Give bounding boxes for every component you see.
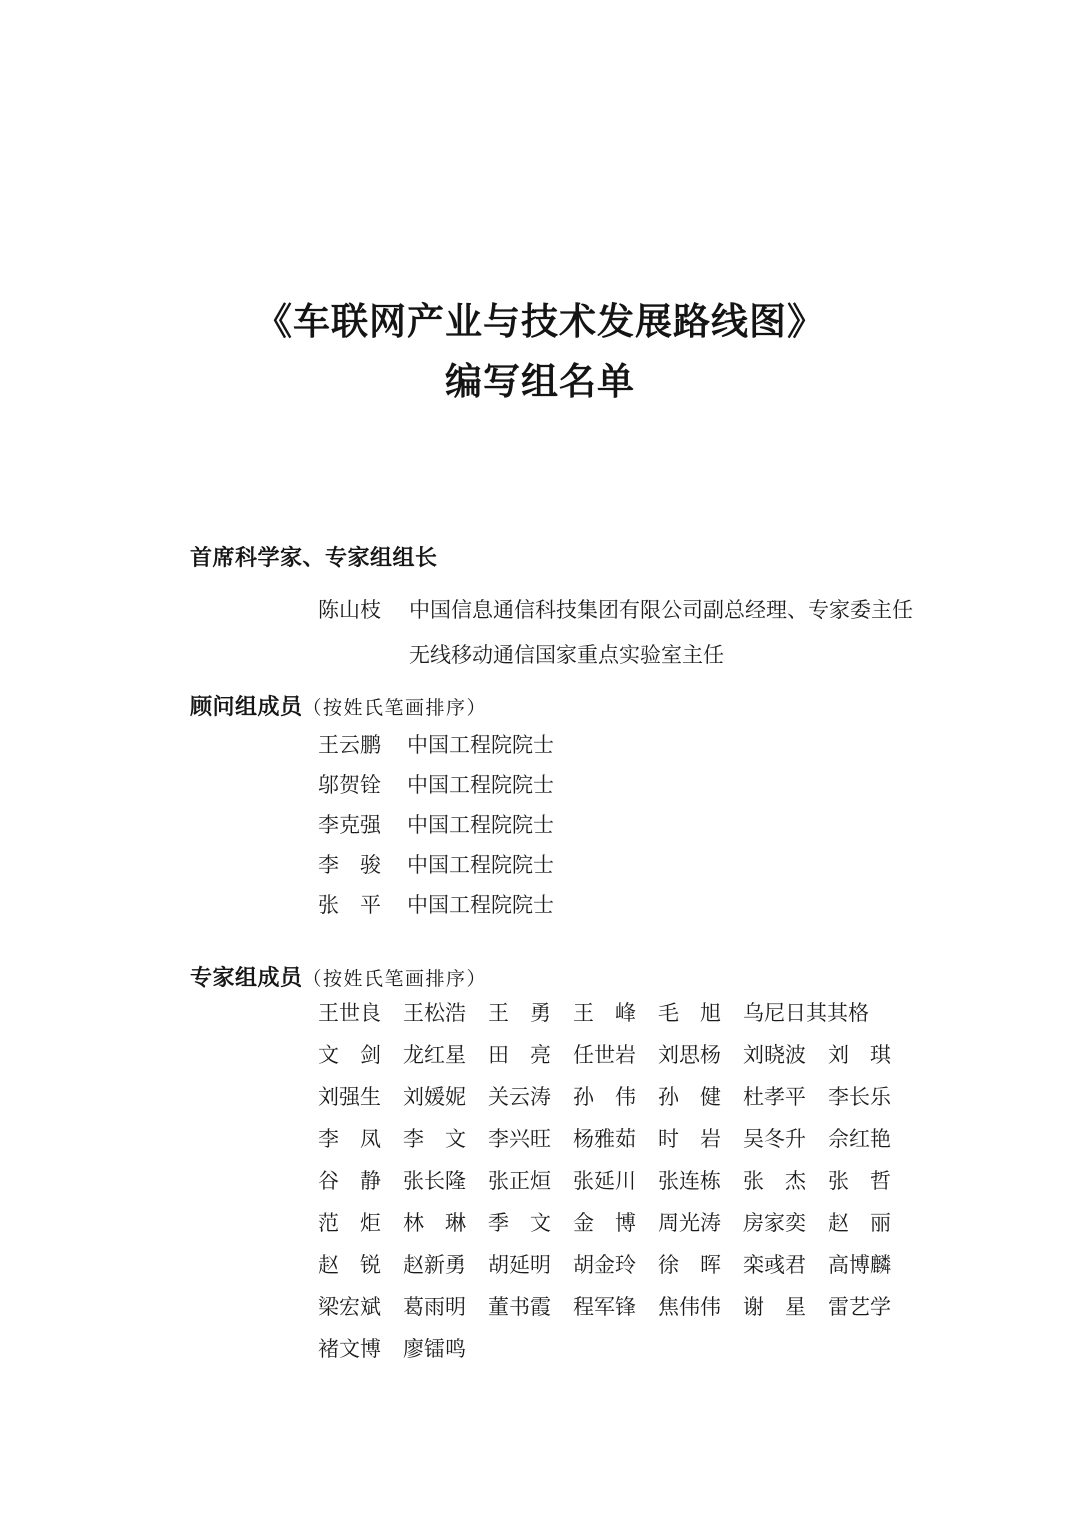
member-name: 栾彧君 [743, 1244, 806, 1286]
member-name: 张连栋 [658, 1160, 721, 1202]
member-name: 张 平 [318, 885, 381, 925]
member-name: 李 凤 [318, 1118, 381, 1160]
chief-heading-text: 首席科学家、专家组组长 [190, 545, 438, 570]
member-name: 雷艺学 [828, 1286, 891, 1328]
expert-row: 褚文博廖镭鸣 [318, 1328, 980, 1370]
member-name: 王世良 [318, 992, 381, 1034]
expert-row: 梁宏斌葛雨明董书霞程军锋焦伟伟谢 星雷艺学 [318, 1286, 980, 1328]
member-name: 佘红艳 [828, 1118, 891, 1160]
member-name: 李兴旺 [488, 1118, 551, 1160]
member-name: 周光涛 [658, 1202, 721, 1244]
advisors-section-heading: 顾问组成员（按姓氏笔画排序） [190, 690, 980, 721]
member-name: 任世岩 [573, 1034, 636, 1076]
member-name: 李克强 [318, 805, 381, 845]
advisor-row: 王云鹏中国工程院院士 [318, 725, 980, 765]
expert-row: 赵 锐赵新勇胡延明胡金玲徐 晖栾彧君高博麟 [318, 1244, 980, 1286]
expert-row: 李 凤李 文李兴旺杨雅茹时 岩吴冬升佘红艳 [318, 1118, 980, 1160]
page-title: 《车联网产业与技术发展路线图》 编写组名单 [0, 25, 1080, 413]
member-name: 高博麟 [828, 1244, 891, 1286]
member-name: 李 骏 [318, 845, 381, 885]
member-name: 范 炬 [318, 1202, 381, 1244]
member-name: 葛雨明 [403, 1286, 466, 1328]
member-name: 赵新勇 [403, 1244, 466, 1286]
section-advisors: 顾问组成员（按姓氏笔画排序） 王云鹏中国工程院院士邬贺铨中国工程院院士李克强中国… [190, 690, 980, 925]
member-name: 赵 丽 [828, 1202, 891, 1244]
expert-row: 范 炬林 琳季 文金 博周光涛房家奕赵 丽 [318, 1202, 980, 1244]
expert-row: 刘强生刘媛妮关云涛孙 伟孙 健杜孝平李长乐 [318, 1076, 980, 1118]
member-name: 邬贺铨 [318, 765, 381, 805]
section-experts: 专家组成员（按姓氏笔画排序） 王世良王松浩王 勇王 峰毛 旭乌尼日其其格文 剑龙… [190, 961, 980, 1370]
member-name: 王 峰 [573, 992, 636, 1034]
member-name: 龙红星 [403, 1034, 466, 1076]
member-name: 刘晓波 [743, 1034, 806, 1076]
member-name: 林 琳 [403, 1202, 466, 1244]
member-name: 王 勇 [488, 992, 551, 1034]
member-name: 刘强生 [318, 1076, 381, 1118]
advisors-heading-text: 顾问组成员 [190, 694, 303, 719]
member-name: 毛 旭 [658, 992, 721, 1034]
member-name: 李 文 [403, 1118, 466, 1160]
advisor-row: 张 平中国工程院院士 [318, 885, 980, 925]
advisor-row: 邬贺铨中国工程院院士 [318, 765, 980, 805]
member-name: 田 亮 [488, 1034, 551, 1076]
member-title: 中国工程院院士 [407, 765, 554, 805]
member-name: 廖镭鸣 [403, 1328, 466, 1370]
member-name: 赵 锐 [318, 1244, 381, 1286]
chief-entry: 陈山枝 中国信息通信科技集团有限公司副总经理、专家委主任 无线移动通信国家重点实… [318, 588, 980, 678]
experts-heading-note: （按姓氏笔画排序） [303, 969, 488, 990]
expert-row: 谷 静张长隆张正烜张延川张连栋张 杰张 哲 [318, 1160, 980, 1202]
member-name: 刘 琪 [828, 1034, 891, 1076]
member-name: 程军锋 [573, 1286, 636, 1328]
experts-section-heading: 专家组成员（按姓氏笔画排序） [190, 961, 980, 992]
advisors-list: 王云鹏中国工程院院士邬贺铨中国工程院院士李克强中国工程院院士李 骏中国工程院院士… [318, 725, 980, 925]
member-name: 杜孝平 [743, 1076, 806, 1118]
member-name: 杨雅茹 [573, 1118, 636, 1160]
member-name: 房家奕 [743, 1202, 806, 1244]
member-name: 季 文 [488, 1202, 551, 1244]
experts-grid: 王世良王松浩王 勇王 峰毛 旭乌尼日其其格文 剑龙红星田 亮任世岩刘思杨刘晓波刘… [318, 992, 980, 1370]
expert-row: 王世良王松浩王 勇王 峰毛 旭乌尼日其其格 [318, 992, 980, 1034]
member-name: 文 剑 [318, 1034, 381, 1076]
member-name: 张正烜 [488, 1160, 551, 1202]
chief-section-heading: 首席科学家、专家组组长 [190, 541, 980, 572]
advisors-heading-note: （按姓氏笔画排序） [303, 698, 488, 719]
member-name: 李长乐 [828, 1076, 891, 1118]
member-name: 谷 静 [318, 1160, 381, 1202]
section-chief: 首席科学家、专家组组长 陈山枝 中国信息通信科技集团有限公司副总经理、专家委主任… [190, 541, 980, 678]
chief-role-line2: 无线移动通信国家重点实验室主任 [409, 633, 913, 678]
member-title: 中国工程院院士 [407, 805, 554, 845]
member-title: 中国工程院院士 [407, 885, 554, 925]
member-name: 张长隆 [403, 1160, 466, 1202]
member-name: 董书霞 [488, 1286, 551, 1328]
member-name: 胡延明 [488, 1244, 551, 1286]
member-name: 刘媛妮 [403, 1076, 466, 1118]
member-name: 褚文博 [318, 1328, 381, 1370]
member-name: 焦伟伟 [658, 1286, 721, 1328]
member-name: 徐 晖 [658, 1244, 721, 1286]
member-name: 张 哲 [828, 1160, 891, 1202]
advisor-row: 李 骏中国工程院院士 [318, 845, 980, 885]
member-name: 关云涛 [488, 1076, 551, 1118]
page-title-line1: 《车联网产业与技术发展路线图》 [0, 293, 1080, 353]
experts-heading-text: 专家组成员 [190, 965, 303, 990]
content-area: 首席科学家、专家组组长 陈山枝 中国信息通信科技集团有限公司副总经理、专家委主任… [190, 541, 980, 1370]
document-page: 《车联网产业与技术发展路线图》 编写组名单 首席科学家、专家组组长 陈山枝 中国… [0, 0, 1080, 1518]
chief-role-line1: 中国信息通信科技集团有限公司副总经理、专家委主任 [409, 588, 913, 633]
expert-row: 文 剑龙红星田 亮任世岩刘思杨刘晓波刘 琪 [318, 1034, 980, 1076]
member-name: 孙 伟 [573, 1076, 636, 1118]
member-name: 乌尼日其其格 [743, 992, 869, 1034]
member-name: 吴冬升 [743, 1118, 806, 1160]
member-name: 刘思杨 [658, 1034, 721, 1076]
member-name: 梁宏斌 [318, 1286, 381, 1328]
member-name: 金 博 [573, 1202, 636, 1244]
member-name: 张延川 [573, 1160, 636, 1202]
member-name: 时 岩 [658, 1118, 721, 1160]
member-name: 王松浩 [403, 992, 466, 1034]
member-name: 谢 星 [743, 1286, 806, 1328]
chief-roles: 中国信息通信科技集团有限公司副总经理、专家委主任 无线移动通信国家重点实验室主任 [409, 588, 913, 678]
member-title: 中国工程院院士 [407, 845, 554, 885]
member-name: 孙 健 [658, 1076, 721, 1118]
member-name: 陈山枝 [318, 588, 381, 633]
member-title: 中国工程院院士 [407, 725, 554, 765]
advisor-row: 李克强中国工程院院士 [318, 805, 980, 845]
page-title-line2: 编写组名单 [0, 353, 1080, 413]
member-name: 胡金玲 [573, 1244, 636, 1286]
member-name: 王云鹏 [318, 725, 381, 765]
member-name: 张 杰 [743, 1160, 806, 1202]
